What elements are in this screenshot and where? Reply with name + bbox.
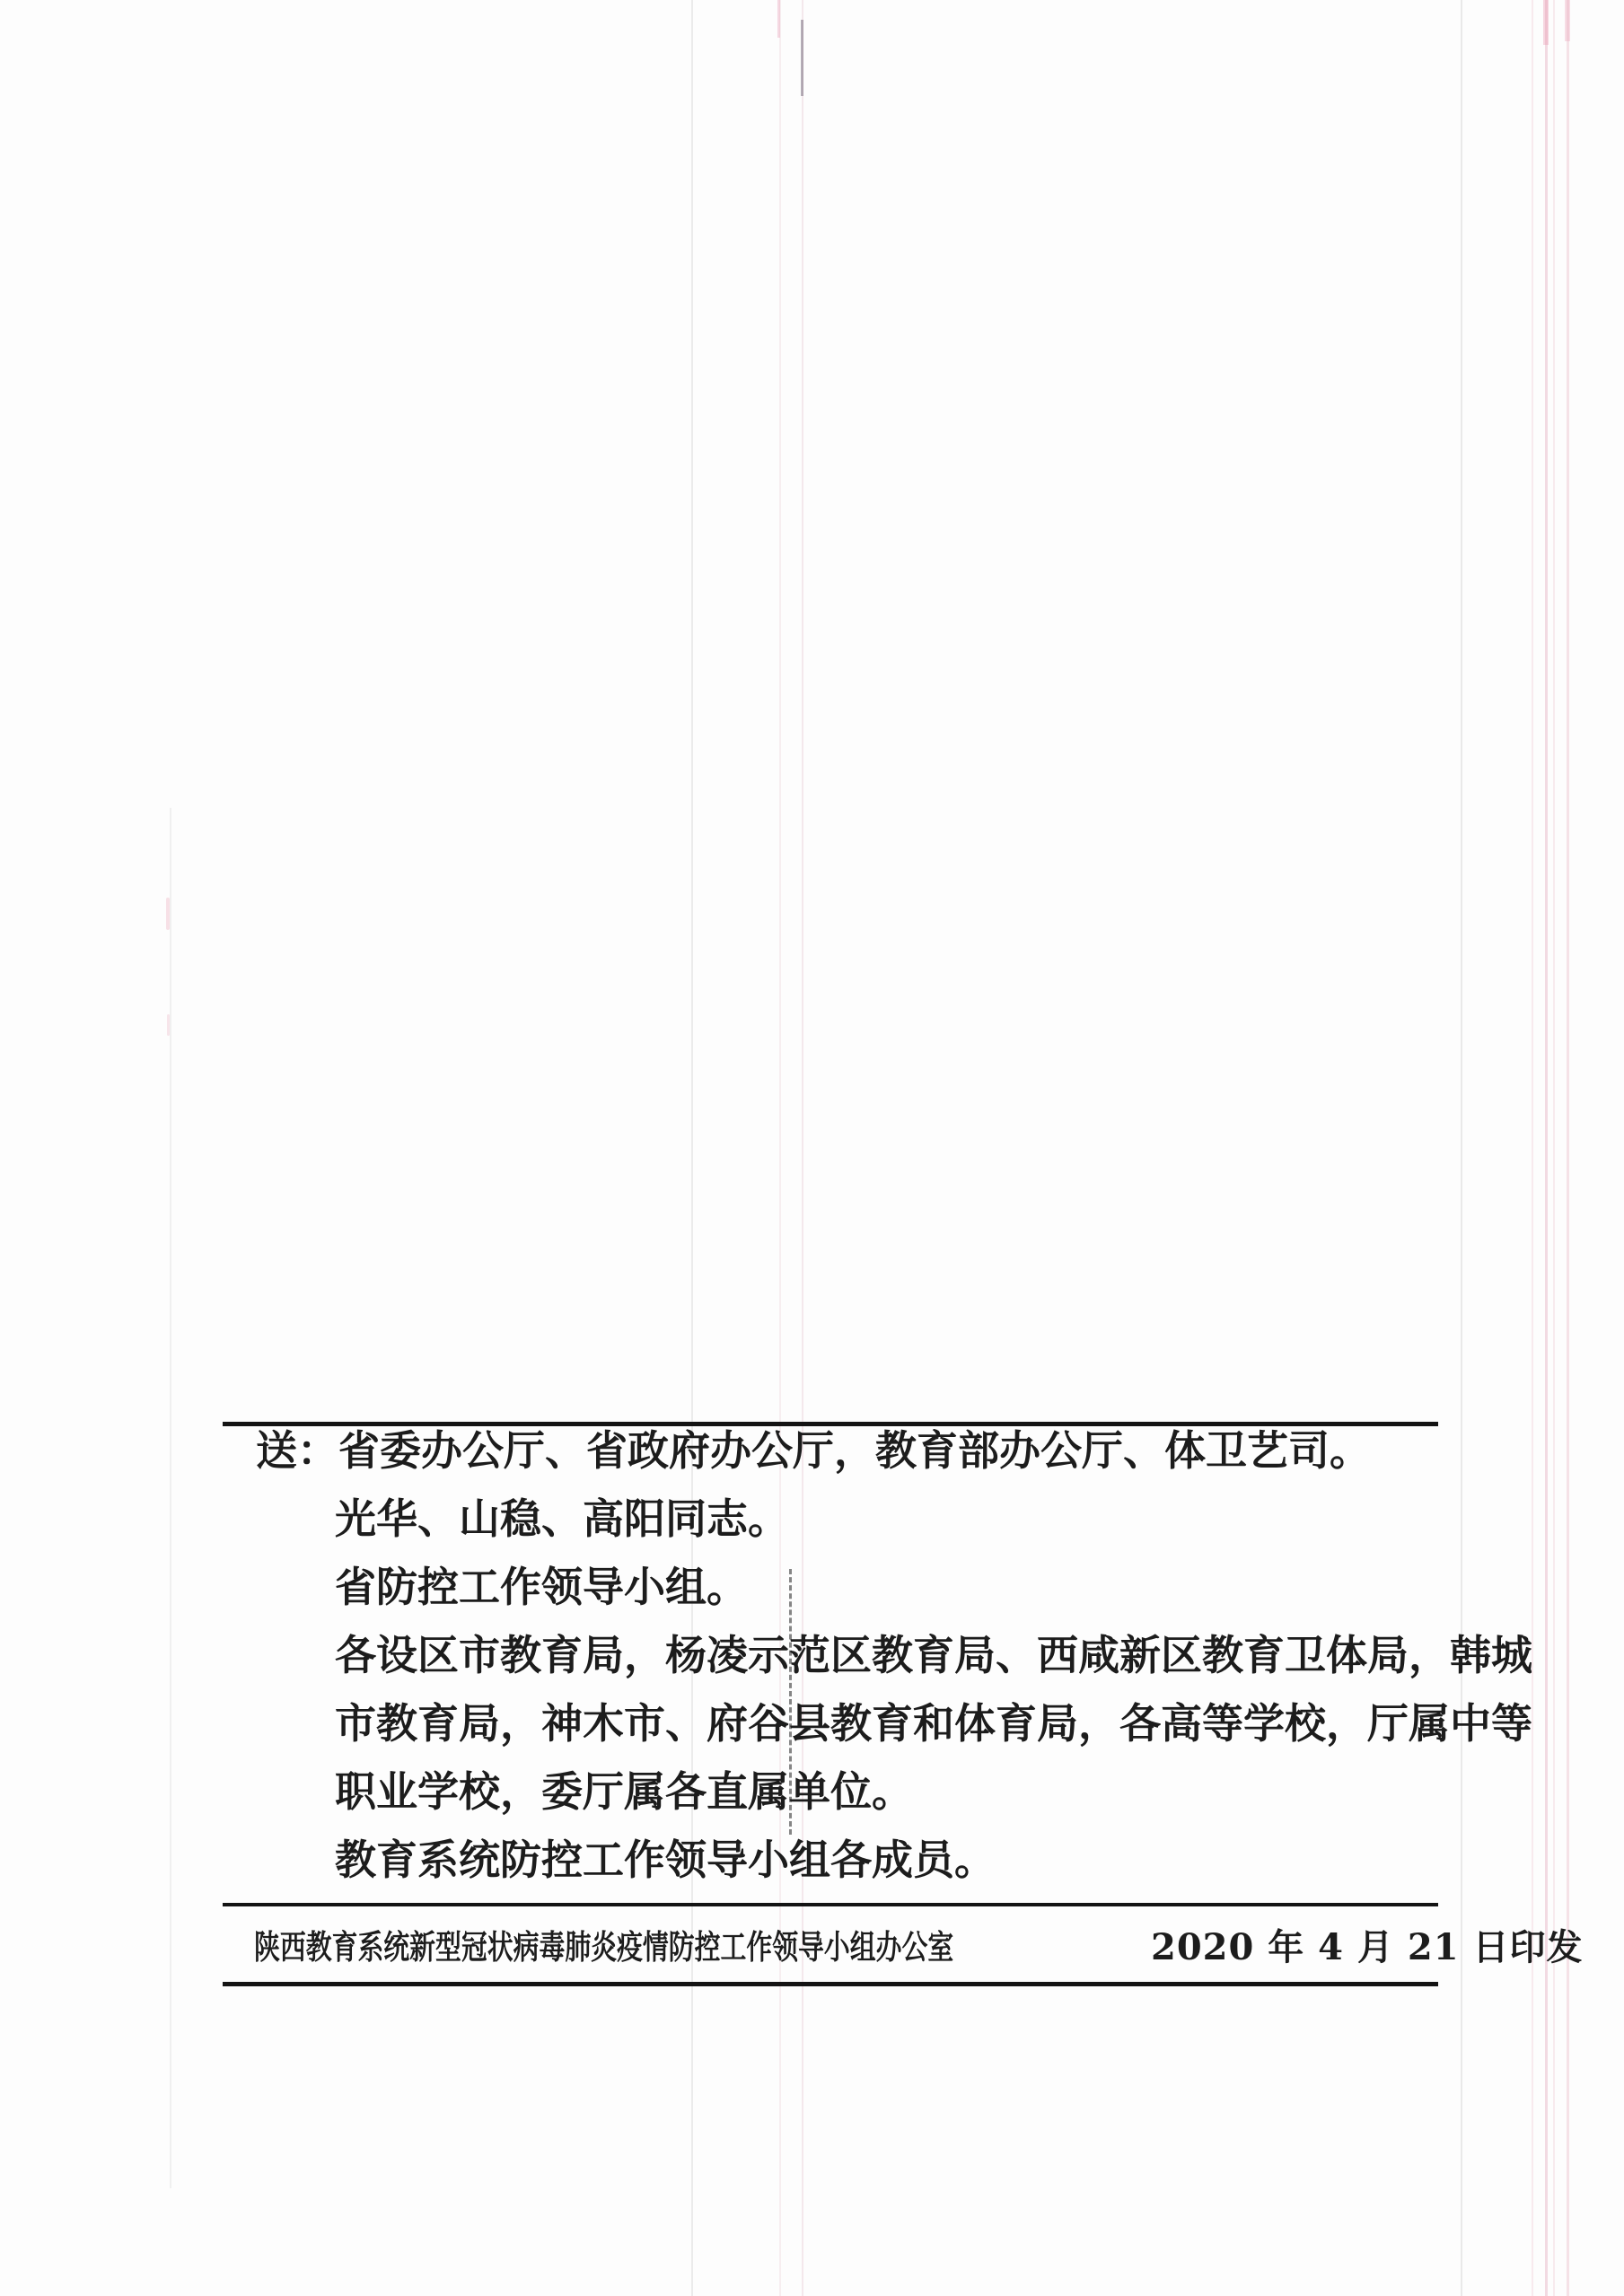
distribution-line-text: 职业学校，委厅属各直属单位。 [335,1767,913,1816]
scan-artifact-tick [1543,0,1549,45]
scan-artifact-vertical-line [170,808,171,2188]
scan-artifact-tick [1565,0,1570,41]
send-label: 送： [256,1416,338,1485]
distribution-line: 教育系统防控工作领导小组各成员。 [256,1826,1450,1894]
distribution-line-text: 各设区市教育局，杨凌示范区教育局、西咸新区教育卫体局，韩城 [335,1631,1532,1679]
scan-artifact-tick [777,0,780,38]
separator-rule-bottom [223,1982,1438,1986]
distribution-line: 光华、山稳、高阳同志。 [256,1485,1450,1553]
imprint-footer: 陕西教育系统新型冠状病毒肺炎疫情防控工作领导小组办公室 2020 年 4 月 2… [254,1906,1414,1982]
distribution-line: 省防控工作领导小组。 [256,1553,1450,1621]
issuing-office: 陕西教育系统新型冠状病毒肺炎疫情防控工作领导小组办公室 [254,1920,953,1968]
distribution-line: 职业学校，委厅属各直属单位。 [256,1757,1450,1826]
scan-artifact-smudge [167,1014,170,1036]
distribution-line: 市教育局，神木市、府谷县教育和体育局，各高等学校，厅属中等 [256,1689,1450,1757]
print-date: 2020 年 4 月 21 日印发 [1151,1919,1583,1970]
distribution-line-text: 省委办公厅、省政府办公厅，教育部办公厅、体卫艺司。 [338,1426,1371,1475]
distribution-line-text: 市教育局，神木市、府谷县教育和体育局，各高等学校，厅属中等 [335,1699,1532,1748]
distribution-line-text: 光华、山稳、高阳同志。 [335,1494,789,1543]
distribution-line-text: 教育系统防控工作领导小组各成员。 [335,1836,996,1884]
scan-artifact-tick [801,20,803,96]
distribution-line: 送：省委办公厅、省政府办公厅，教育部办公厅、体卫艺司。 [256,1416,1450,1485]
distribution-line-text: 省防控工作领导小组。 [335,1563,748,1611]
scan-artifact-smudge [166,898,170,930]
distribution-list: 送：省委办公厅、省政府办公厅，教育部办公厅、体卫艺司。 光华、山稳、高阳同志。 … [256,1416,1450,1894]
document-page: 送：省委办公厅、省政府办公厅，教育部办公厅、体卫艺司。 光华、山稳、高阳同志。 … [0,0,1624,2296]
distribution-line: 各设区市教育局，杨凌示范区教育局、西咸新区教育卫体局，韩城 [256,1621,1450,1689]
